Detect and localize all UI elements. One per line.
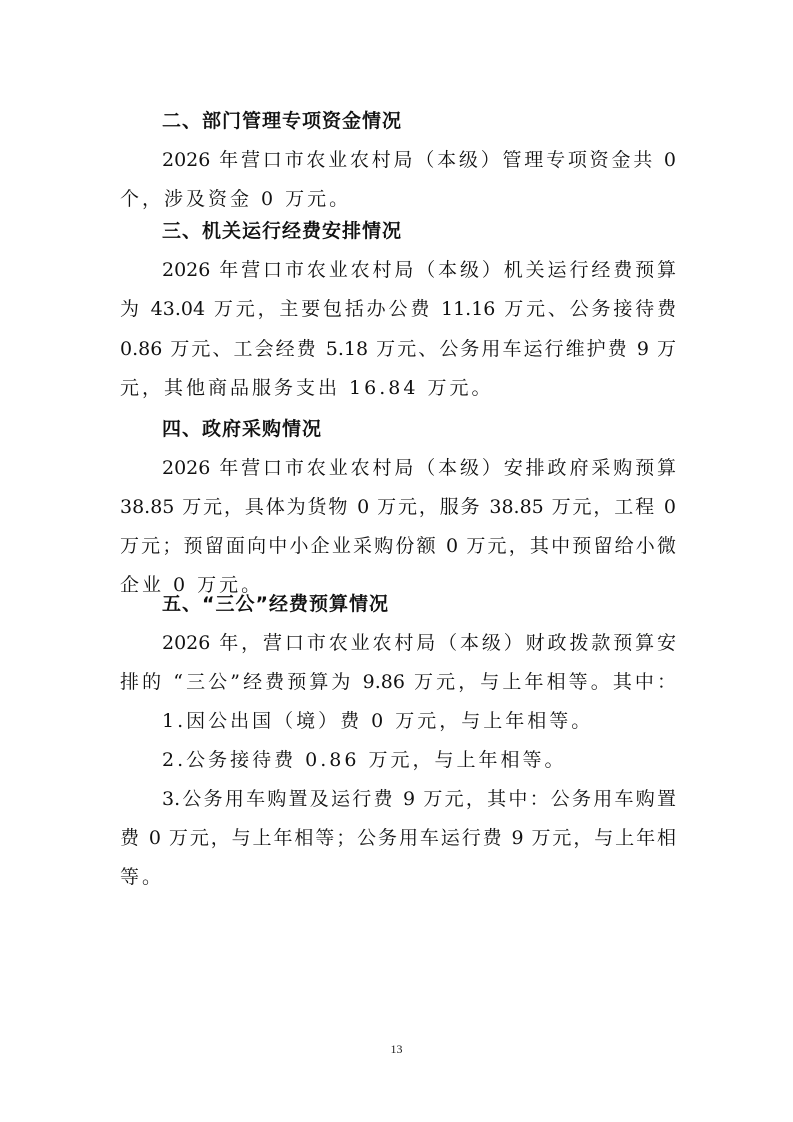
section-heading-government-procurement: 四、政府采购情况	[162, 416, 322, 442]
paragraph-line: 万元；预留面向中小企业采购份额 0 万元，其中预留给小微	[120, 533, 676, 559]
page-number: 13	[0, 1041, 793, 1057]
list-item-official-reception: 2.公务接待费 0.86 万元，与上年相等。	[162, 747, 676, 773]
document-page: 二、部门管理专项资金情况 2026 年营口市农业农村局（本级）管理专项资金共 0…	[0, 0, 793, 1122]
paragraph-line: 费 0 万元，与上年相等；公务用车运行费 9 万元，与上年相	[120, 825, 676, 851]
list-item-official-vehicles: 3.公务用车购置及运行费 9 万元，其中：公务用车购置	[162, 786, 676, 812]
list-item-overseas-travel: 1.因公出国（境）费 0 万元，与上年相等。	[162, 708, 676, 734]
paragraph-line: 2026 年营口市农业农村局（本级）机关运行经费预算	[162, 257, 676, 283]
section-heading-operating-expenses: 三、机关运行经费安排情况	[162, 218, 402, 244]
section-heading-special-funds: 二、部门管理专项资金情况	[162, 108, 402, 134]
paragraph-line: 个，涉及资金 0 万元。	[120, 186, 676, 212]
paragraph-line: 2026 年营口市农业农村局（本级）安排政府采购预算	[162, 455, 676, 481]
paragraph-line: 元，其他商品服务支出 16.84 万元。	[120, 375, 676, 401]
paragraph-line: 2026 年，营口市农业农村局（本级）财政拨款预算安	[162, 630, 676, 656]
paragraph-line: 0.86 万元、工会经费 5.18 万元、公务用车运行维护费 9 万	[120, 336, 676, 362]
section-heading-three-public-expenses: 五、“三公”经费预算情况	[162, 591, 389, 617]
paragraph-line: 2026 年营口市农业农村局（本级）管理专项资金共 0	[162, 147, 676, 173]
paragraph-line: 排的 “三公”经费预算为 9.86 万元，与上年相等。其中：	[120, 669, 676, 695]
paragraph-line: 38.85 万元，具体为货物 0 万元，服务 38.85 万元，工程 0	[120, 494, 676, 520]
paragraph-line: 等。	[120, 864, 676, 890]
paragraph-line: 为 43.04 万元，主要包括办公费 11.16 万元、公务接待费	[120, 296, 676, 322]
